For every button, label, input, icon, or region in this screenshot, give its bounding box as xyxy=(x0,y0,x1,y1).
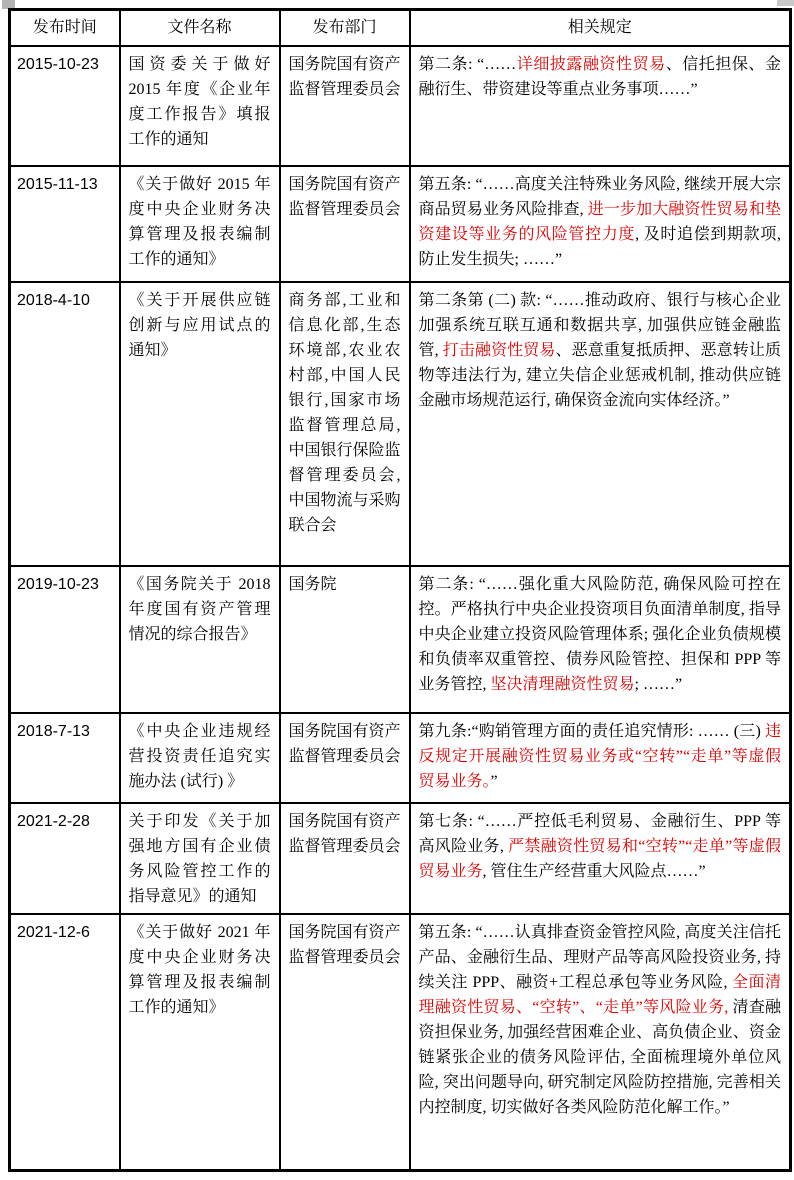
publish-date-cell: 2021-12-6 xyxy=(10,914,120,1170)
table-row: 2019-10-23 《国务院关于 2018 年度国有资产管理情况的综合报告》 … xyxy=(10,566,791,713)
document-name-cell: 《国务院关于 2018 年度国有资产管理情况的综合报告》 xyxy=(120,566,280,713)
table-row: 2021-12-6 《关于做好 2021 年度中央企业财务决算管理及报表编制工作… xyxy=(10,914,791,1170)
issuing-department-cell: 国务院国有资产监督管理委员会 xyxy=(280,713,410,803)
issuing-department-cell: 国务院国有资产监督管理委员会 xyxy=(280,803,410,914)
publish-date-cell: 2015-10-23 xyxy=(10,46,120,166)
regulation-text: ; ……” xyxy=(635,676,683,693)
regulation-text: 清查融资担保业务, 加强经营困难企业、高负债企业、资金链紧张企业的债务风险评估,… xyxy=(419,999,782,1116)
regulation-cell: 第五条: “……高度关注特殊业务风险, 继续开展大宗商品贸易业务风险排查, 进一… xyxy=(410,166,791,282)
regulation-cell: 第二条: “……详细披露融资性贸易、信托担保、金融衍生、带资建设等重点业务事项…… xyxy=(410,46,791,166)
header-cell-related-regulation: 相关规定 xyxy=(410,10,791,47)
issuing-department-cell: 国务院 xyxy=(280,566,410,713)
regulation-text: 第二条: “…… xyxy=(419,56,517,73)
document-name-cell: 《关于开展供应链创新与应用试点的通知》 xyxy=(120,282,280,566)
regulations-table: 发布时间 文件名称 发布部门 相关规定 2015-10-23 国资委关于做好 2… xyxy=(8,8,792,1172)
regulation-cell: 第五条: “……认真排查资金管控风险, 高度关注信托产品、金融衍生品、理财产品等… xyxy=(410,914,791,1170)
issuing-department-cell: 国务院国有资产监督管理委员会 xyxy=(280,46,410,166)
regulation-text: 第九条:“购销管理方面的责任追究情形: …… (三) xyxy=(419,723,765,740)
table-row: 2018-7-13 《中央企业违规经营投资责任追究实施办法 (试行) 》 国务院… xyxy=(10,713,791,803)
publish-date-cell: 2015-11-13 xyxy=(10,166,120,282)
document-name-cell: 《关于做好 2021 年度中央企业财务决算管理及报表编制工作的通知》 xyxy=(120,914,280,1170)
regulation-cell: 第七条: “……严控低毛利贸易、金融衍生、PPP 等高风险业务, 严禁融资性贸易… xyxy=(410,803,791,914)
publish-date-cell: 2019-10-23 xyxy=(10,566,120,713)
document-name-cell: 《中央企业违规经营投资责任追究实施办法 (试行) 》 xyxy=(120,713,280,803)
table-header-row: 发布时间 文件名称 发布部门 相关规定 xyxy=(10,10,791,47)
document-name-cell: 国资委关于做好 2015 年度《企业年度工作报告》填报工作的通知 xyxy=(120,46,280,166)
regulation-text: , 管住生产经营重大风险点……” xyxy=(483,863,706,880)
regulation-cell: 第二条: “……强化重大风险防范, 确保风险可控在控。严格执行中央企业投资项目负… xyxy=(410,566,791,713)
table-row: 2018-4-10 《关于开展供应链创新与应用试点的通知》 商务部,工业和信息化… xyxy=(10,282,791,566)
table-row: 2015-10-23 国资委关于做好 2015 年度《企业年度工作报告》填报工作… xyxy=(10,46,791,166)
document-name-cell: 关于印发《关于加强地方国有企业债务风险管控工作的指导意见》的通知 xyxy=(120,803,280,914)
regulation-highlighted-text: 打击融资性贸易 xyxy=(443,342,556,359)
table-row: 2015-11-13 《关于做好 2015 年度中央企业财务决算管理及报表编制工… xyxy=(10,166,791,282)
regulation-cell: 第九条:“购销管理方面的责任追究情形: …… (三) 违反规定开展融资性贸易业务… xyxy=(410,713,791,803)
regulation-highlighted-text: 详细披露融资性贸易 xyxy=(516,56,665,73)
header-cell-issuing-department: 发布部门 xyxy=(280,10,410,47)
publish-date-cell: 2018-4-10 xyxy=(10,282,120,566)
document-name-cell: 《关于做好 2015 年度中央企业财务决算管理及报表编制工作的通知》 xyxy=(120,166,280,282)
publish-date-cell: 2021-2-28 xyxy=(10,803,120,914)
issuing-department-cell: 国务院国有资产监督管理委员会 xyxy=(280,166,410,282)
header-cell-document-name: 文件名称 xyxy=(120,10,280,47)
regulation-highlighted-text: 坚决清理融资性贸易 xyxy=(491,676,635,693)
regulation-text: ” xyxy=(491,773,498,790)
header-cell-publish-date: 发布时间 xyxy=(10,10,120,47)
regulation-cell: 第二条第 (二) 款: “……推动政府、银行与核心企业加强系统互联互通和数据共享… xyxy=(410,282,791,566)
issuing-department-cell: 国务院国有资产监督管理委员会 xyxy=(280,914,410,1170)
page-boundary-mark-top-right xyxy=(777,0,794,6)
regulation-text: 第五条: “……认真排查资金管控风险, 高度关注信托产品、金融衍生品、理财产品等… xyxy=(419,924,782,991)
table-row: 2021-2-28 关于印发《关于加强地方国有企业债务风险管控工作的指导意见》的… xyxy=(10,803,791,914)
issuing-department-cell: 商务部,工业和信息化部,生态环境部,农业农村部,中国人民银行,国家市场监督管理总… xyxy=(280,282,410,566)
publish-date-cell: 2018-7-13 xyxy=(10,713,120,803)
